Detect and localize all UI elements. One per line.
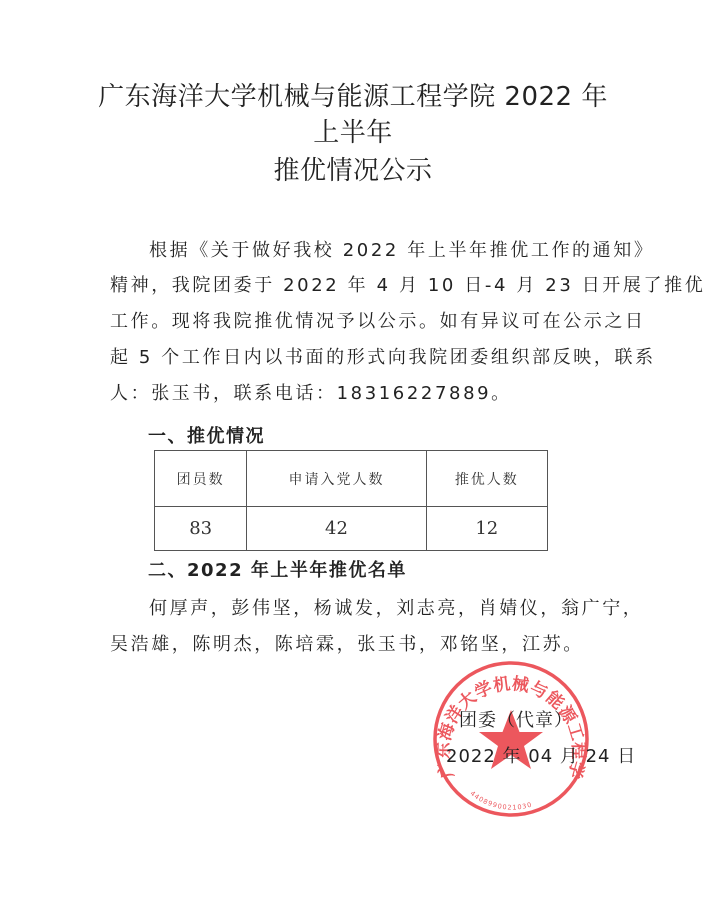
official-seal-icon: 广东海洋大学机械与能源工程学院 4408990021030 [430,658,592,820]
document-title-line-1: 广东海洋大学机械与能源工程学院 2022 年 [0,80,706,114]
intro-line-3: 工作。现将我院推优情况予以公示。如有异议可在公示之日 [110,307,646,333]
names-line-2: 吴浩雄，陈明杰，陈培霖，张玉书，邓铭坚，江苏。 [110,630,584,656]
intro-line-1: 根据《关于做好我校 2022 年上半年推优工作的通知》 [149,236,654,262]
names-line-1: 何厚声，彭伟坚，杨诚发，刘志亮，肖婧仪，翁广宁， [149,594,643,620]
header-party-applicants: 申请入党人数 [247,451,426,507]
stats-table-value-row: 83 42 12 [155,507,548,551]
intro-line-2: 精神，我院团委于 2022 年 4 月 10 日-4 月 23 日开展了推优 [110,271,705,297]
intro-line-4: 起 5 个工作日内以书面的形式向我院团委组织部反映，联系 [110,343,656,369]
document-title-line-3: 推优情况公示 [0,154,706,188]
signature-date: 2022 年 04 月 24 日 [446,742,636,768]
value-party-applicants: 42 [247,507,426,551]
document-page: 广东海洋大学机械与能源工程学院 2022 年 上半年 推优情况公示 根据《关于做… [0,0,706,898]
header-member-count: 团员数 [155,451,247,507]
intro-line-5: 人：张玉书，联系电话：18316227889。 [110,379,512,405]
document-title-line-2: 上半年 [0,116,706,150]
stats-table: 团员数 申请入党人数 推优人数 83 42 12 [154,450,548,551]
section-1-heading: 一、推优情况 [148,422,265,448]
signature-org: 团委（代章） [459,706,573,732]
stats-table-header-row: 团员数 申请入党人数 推优人数 [155,451,548,507]
value-member-count: 83 [155,507,247,551]
section-2-heading: 二、2022 年上半年推优名单 [148,556,407,582]
header-recommended-count: 推优人数 [426,451,547,507]
value-recommended-count: 12 [426,507,547,551]
